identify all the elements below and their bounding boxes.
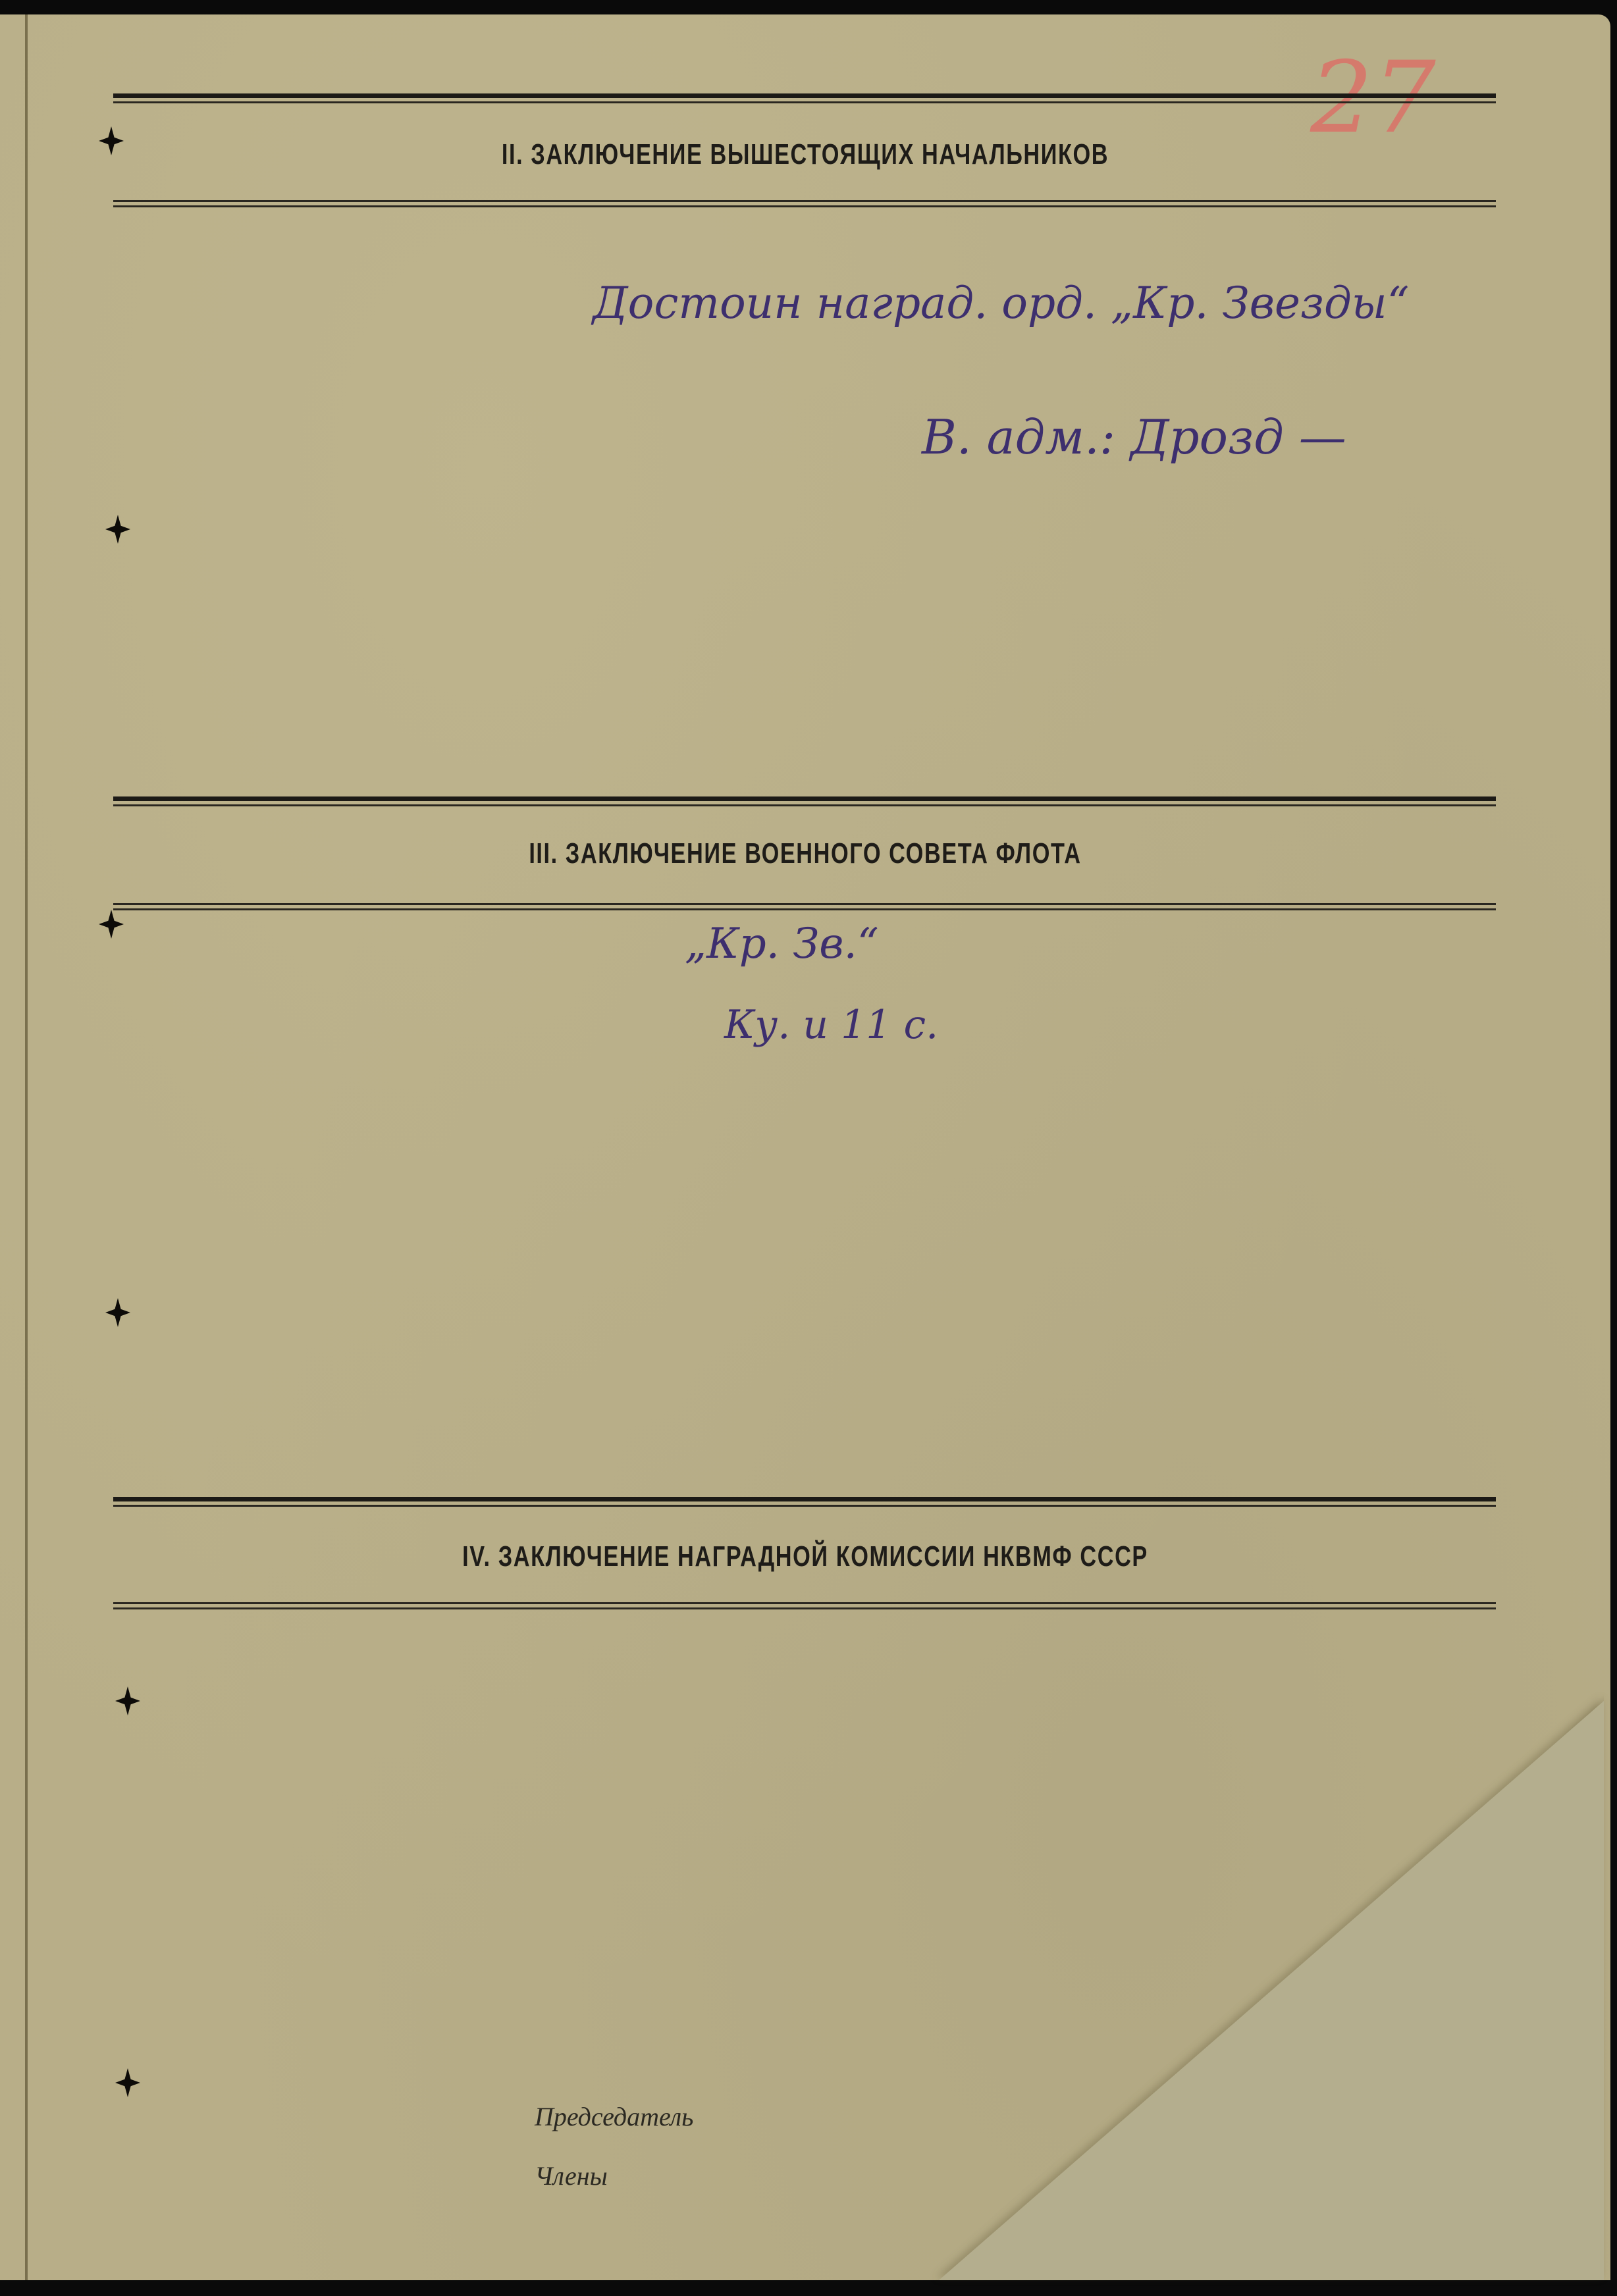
- binding-hole-icon: [105, 1298, 130, 1327]
- binding-hole-icon: [115, 2068, 140, 2097]
- binding-hole-icon: [105, 515, 130, 544]
- section-divider-top: [113, 93, 1496, 107]
- handwritten-award-note: „Кр. Зв.“: [685, 920, 879, 968]
- handwritten-signature: В. адм.: Дрозд —: [922, 409, 1346, 465]
- document-page: 27 II. ЗАКЛЮЧЕНИЕ ВЫШЕСТОЯЩИХ НАЧАЛЬНИКО…: [0, 14, 1610, 2280]
- binding-hole-icon: [115, 1686, 140, 1715]
- members-label: Члены: [535, 2160, 608, 2191]
- section-title-award-commission: IV. ЗАКЛЮЧЕНИЕ НАГРАДНОЙ КОМИССИИ НКВМФ …: [177, 1540, 1433, 1573]
- binding-hole-icon: [99, 126, 124, 155]
- section-title-fleet-council: III. ЗАКЛЮЧЕНИЕ ВОЕННОГО СОВЕТА ФЛОТА: [177, 837, 1433, 870]
- section-divider-top: [113, 1497, 1496, 1510]
- section-divider-bottom: [113, 903, 1496, 914]
- binding-fold-line: [25, 14, 28, 2280]
- section-divider-top: [113, 796, 1496, 810]
- binding-hole-icon: [99, 910, 124, 939]
- handwritten-order-ref: Ку. и 11 с.: [724, 1002, 938, 1048]
- section-divider-bottom: [113, 1602, 1496, 1613]
- handwritten-recommendation: Достоин наград. орд. „Кр. Звезды“: [593, 278, 1409, 328]
- section-title-superiors: II. ЗАКЛЮЧЕНИЕ ВЫШЕСТОЯЩИХ НАЧАЛЬНИКОВ: [177, 138, 1433, 171]
- chairman-label: Председатель: [535, 2101, 693, 2132]
- section-divider-bottom: [113, 200, 1496, 211]
- folded-corner: [939, 1701, 1604, 2280]
